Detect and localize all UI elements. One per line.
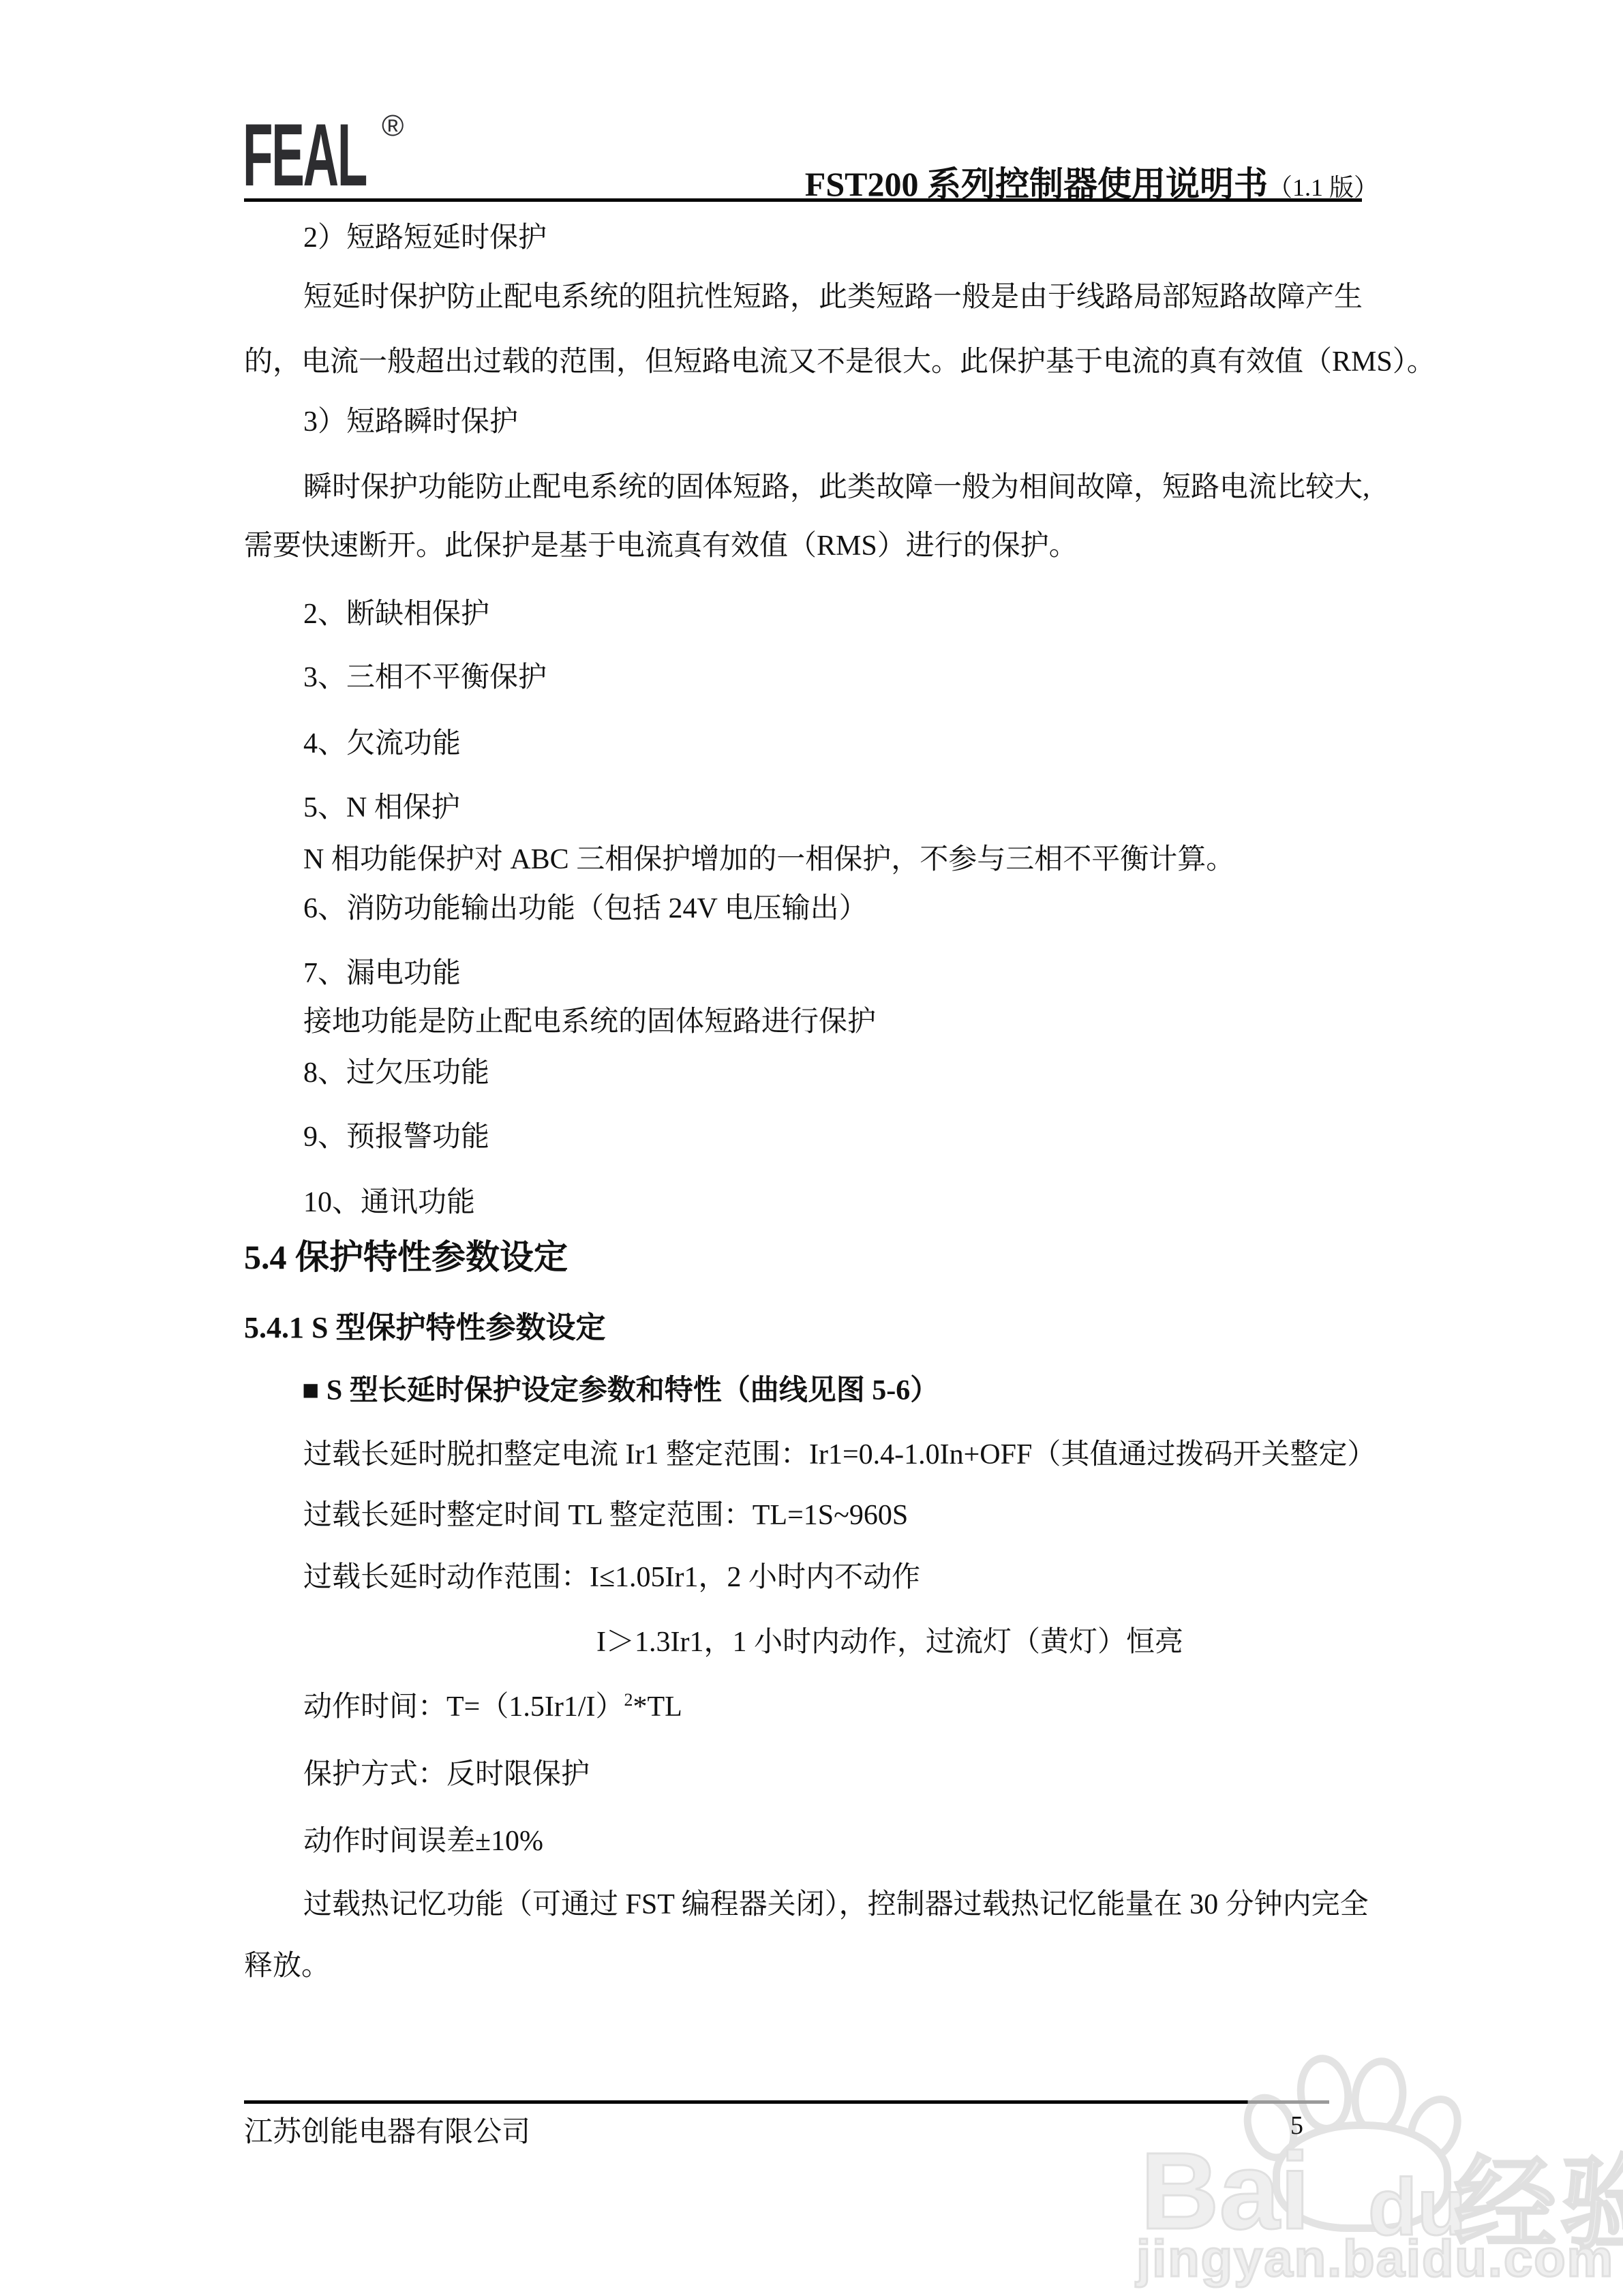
watermark-url-text: jingyan.baidu.com <box>1136 2229 1614 2289</box>
list-item: 2、断缺相保护 <box>303 599 489 629</box>
formula-line: 动作时间：T=（1.5Ir1/I）2*TL <box>303 1692 682 1722</box>
parameter-line: 过载长延时整定时间 TL 整定范围：TL=1S~960S <box>303 1500 908 1530</box>
body-line: 3）短路瞬时保护 <box>303 407 518 437</box>
parameter-line: 过载长延时脱扣整定电流 Ir1 整定范围：Ir1=0.4-1.0In+OFF（其… <box>303 1440 1376 1470</box>
list-item: 6、消防功能输出功能（包括 24V 电压输出） <box>303 894 868 924</box>
body-line: 2）短路短延时保护 <box>303 223 547 253</box>
body-line: N 相功能保护对 ABC 三相保护增加的一相保护，不参与三相不平衡计算。 <box>303 845 1234 875</box>
footer-company: 江苏创能电器有限公司 <box>244 2109 530 2150</box>
parameter-line: 过载长延时动作范围：I≤1.05Ir1，2 小时内不动作 <box>303 1562 920 1592</box>
body-line: 的，电流一般超出过载的范围，但短路电流又不是很大。此保护基于电流的真有效值（RM… <box>244 347 1436 377</box>
footer-rule <box>244 2100 1329 2104</box>
feal-logo: FEAL <box>243 110 366 199</box>
page-number: 5 <box>1290 2111 1303 2141</box>
section-heading-5-4: 5.4 保护特性参数设定 <box>244 1239 568 1275</box>
list-item: 9、预报警功能 <box>303 1122 489 1152</box>
list-item: 7、漏电功能 <box>303 958 461 988</box>
formula-superscript: 2 <box>624 1690 633 1710</box>
list-item: 5、N 相保护 <box>303 793 460 823</box>
document-page: Bai du 经验 jingyan.baidu.com FEAL ® FST20… <box>0 0 1623 2296</box>
bullet-heading: ■ S 型长延时保护设定参数和特性（曲线见图 5-6） <box>302 1376 939 1406</box>
body-line: 瞬时保护功能防止配电系统的固体短路，此类故障一般为相间故障，短路电流比较大, <box>303 472 1370 502</box>
body-line: 需要快速断开。此保护是基于电流真有效值（RMS）进行的保护。 <box>244 531 1078 561</box>
registered-trademark-icon: ® <box>382 109 404 143</box>
formula-post: *TL <box>633 1691 682 1723</box>
body-line: 短延时保护防止配电系统的阻抗性短路，此类短路一般是由于线路局部短路故障产生 <box>303 282 1363 312</box>
parameter-line: 动作时间误差±10% <box>303 1826 543 1856</box>
header-rule <box>244 198 1362 202</box>
title-main: FST200 系列控制器使用说明书 <box>805 165 1268 203</box>
body-line: 过载热记忆功能（可通过 FST 编程器关闭），控制器过载热记忆能量在 30 分钟… <box>303 1890 1369 1920</box>
body-line: 接地功能是防止配电系统的固体短路进行保护 <box>303 1007 876 1037</box>
list-item: 3、三相不平衡保护 <box>303 663 547 693</box>
list-item: 8、过欠压功能 <box>303 1058 489 1088</box>
section-heading-5-4-1: 5.4.1 S 型保护特性参数设定 <box>244 1312 605 1344</box>
list-item: 10、通讯功能 <box>303 1188 475 1218</box>
baidu-jingyan-watermark: Bai du 经验 jingyan.baidu.com <box>1128 2053 1623 2289</box>
parameter-line: I＞1.3Ir1，1 小时内动作，过流灯（黄灯）恒亮 <box>596 1627 1183 1657</box>
formula-pre: 动作时间：T=（1.5Ir1/I） <box>303 1691 624 1723</box>
parameter-line: 保护方式：反时限保护 <box>303 1759 590 1789</box>
title-version: （1.1 版） <box>1268 174 1378 201</box>
body-line: 释放。 <box>244 1951 330 1981</box>
list-item: 4、欠流功能 <box>303 729 461 759</box>
